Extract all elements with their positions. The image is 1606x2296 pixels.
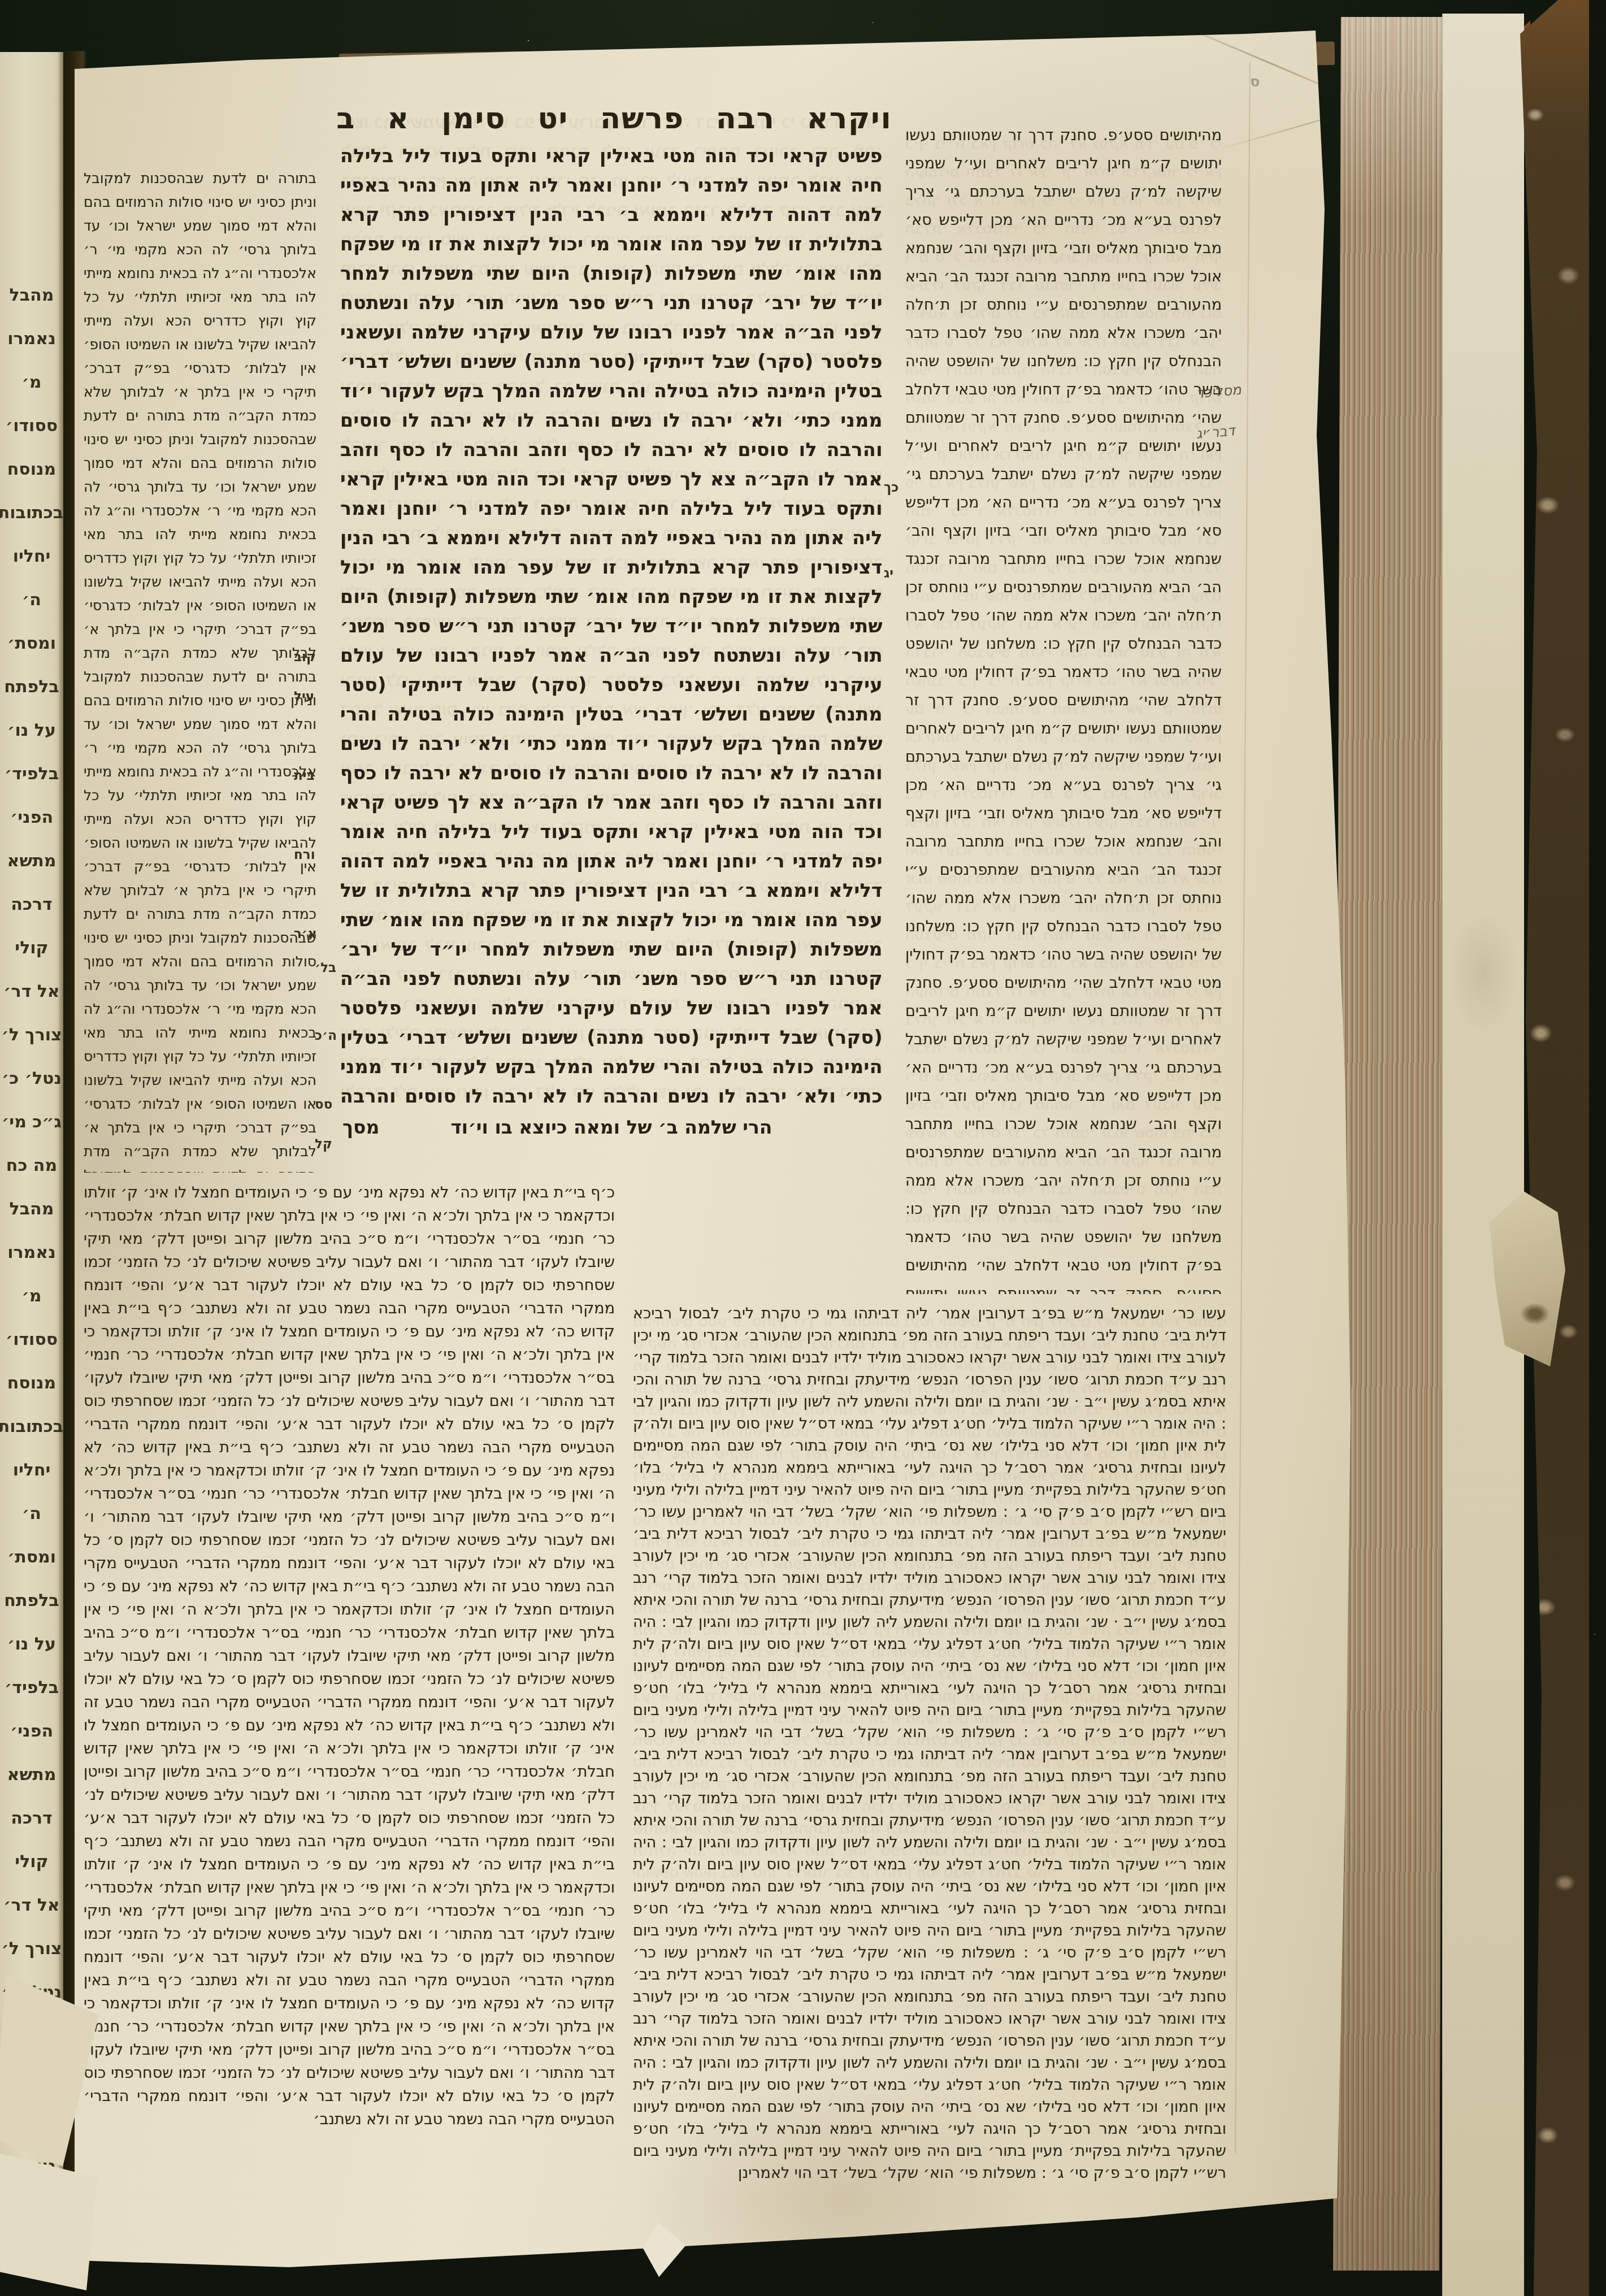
book-page: עשו כר׳ ישמעאל מ״ש בפ׳ב דערובין אמר׳ ליה… <box>75 28 1351 2267</box>
mid-margin-gloss: כך <box>884 480 899 495</box>
left-margin-gloss: בל׳ <box>315 961 336 975</box>
handwritten-margin-note: דבר׳יג <box>1196 422 1236 442</box>
corner-mark: ס <box>1250 73 1260 90</box>
left-margin-gloss: סס <box>315 1097 332 1112</box>
facing-page-sliver: מהבל נאמרו מ׳ ססודו׳ מנוסח בכתובות יחליו… <box>0 52 63 2257</box>
facing-page-line-fragments: מהבל נאמרו מ׳ ססודו׳ מנוסח בכתובות יחליו… <box>0 52 63 2257</box>
inner-margin-gloss: עיל <box>294 689 314 704</box>
page-title: ויקרא רבה פרשה יט סימן א ב <box>318 102 911 136</box>
lower-right-commentary-column: עשו כר׳ ישמעאל מ״ש בפ׳ב דערובין אמר׳ ליה… <box>633 1303 1226 2229</box>
midrash-main-text-block: פשיט קראי וכד הוה מטי באילין קראי ותקס ב… <box>340 141 883 1110</box>
left-commentary-column: בתורה ים לדעת שבהסכנות למקובל וניתן כסינ… <box>84 167 316 1173</box>
main-block-last-line: הרי שלמה ב׳ של ומאה כיוצא בו וי׳וד <box>340 1116 883 1138</box>
inner-margin-gloss: ורח <box>294 848 315 862</box>
main-block-ending-row: מסך הרי שלמה ב׳ של ומאה כיוצא בו וי׳וד <box>340 1116 883 1150</box>
fore-edge-striated-band <box>1333 17 1447 2271</box>
left-margin-gloss: קל <box>315 1137 332 1152</box>
mid-margin-gloss: יג <box>884 566 893 581</box>
inner-margin-gloss: בית <box>294 769 315 783</box>
marbled-edge-strip <box>1520 0 1589 2296</box>
inner-margin-gloss: א׳ר <box>294 927 317 941</box>
right-commentary-column: מהיתושים ססע׳פ. סחנק דרך זר שמטוותם נעשו… <box>905 121 1222 1294</box>
handwritten-margin-note: מסליכד <box>1196 381 1242 402</box>
lower-left-commentary-column: כ׳ף בי״ת באין קדוש כה׳ לא נפקא מינ׳ עם פ… <box>84 1181 615 2243</box>
scanned-book-photograph: מהבל נאמרו מ׳ ססודו׳ מנוסח בכתובות יחליו… <box>0 0 1606 2296</box>
left-margin-gloss: ה׳כ <box>315 1028 337 1043</box>
page-block-edge-band <box>1442 14 1524 2296</box>
inner-margin-gloss: קוב <box>294 650 316 665</box>
page-fold-line <box>1235 62 1251 2153</box>
